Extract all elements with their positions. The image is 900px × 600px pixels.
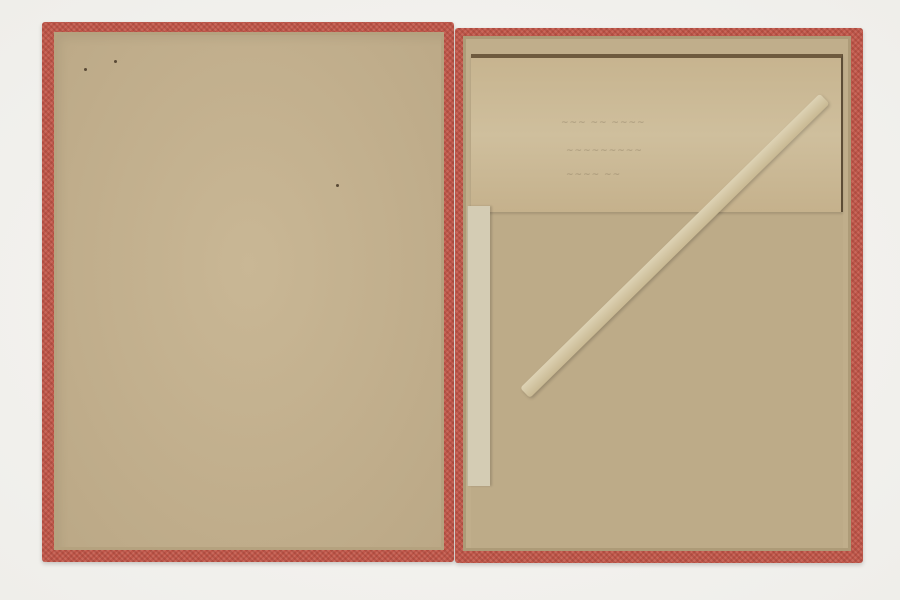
box-lid: [42, 22, 454, 562]
side-strip: [467, 206, 490, 486]
base-interior: ~~~ ~~ ~~~~ ~~~~~~~~~ ~~~~ ~~: [463, 36, 851, 551]
box-base: ~~~ ~~ ~~~~ ~~~~~~~~~ ~~~~ ~~: [455, 28, 863, 563]
faint-writing: ~~~ ~~ ~~~~: [561, 118, 646, 128]
photo-scene: ~~~ ~~ ~~~~ ~~~~~~~~~ ~~~~ ~~: [0, 0, 900, 600]
faint-writing: ~~~~~~~~~: [566, 146, 643, 156]
speck: [114, 60, 117, 63]
faint-writing: ~~~~ ~~: [566, 170, 621, 180]
lid-interior: [54, 32, 444, 550]
speck: [84, 68, 87, 71]
speck: [336, 184, 339, 187]
